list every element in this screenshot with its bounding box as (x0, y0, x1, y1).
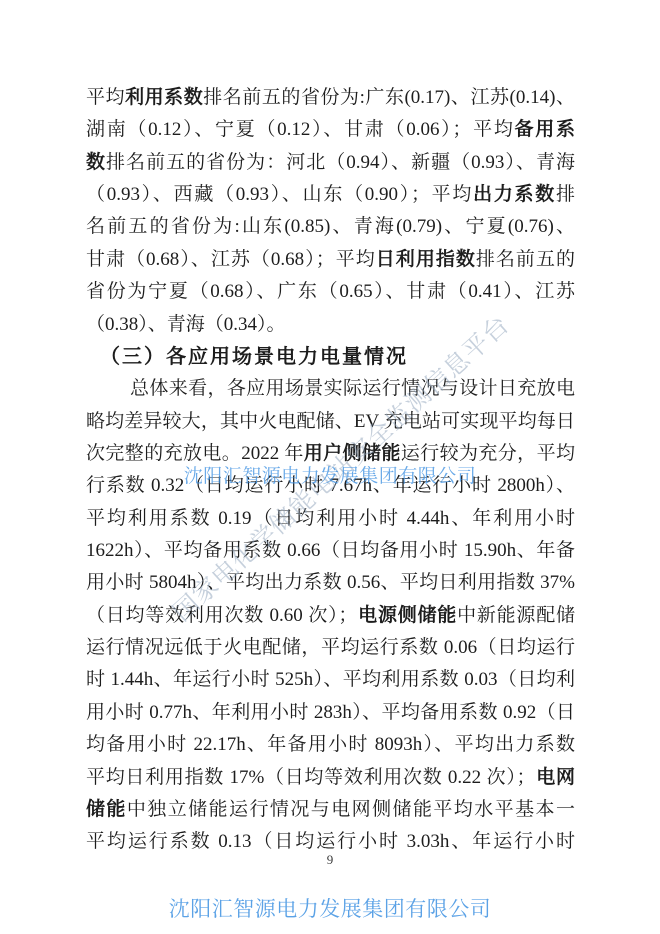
text-line: 均备用小时 22.17h、年备用小时 8093h）、平均出力系数 0.69、 (86, 729, 575, 761)
document-page: 平均利用系数排名前五的省份为:广东(0.17)、江苏(0.14)、湖南（0.12… (0, 0, 660, 934)
body-text: 平均利用系数排名前五的省份为:广东(0.17)、江苏(0.14)、湖南（0.12… (86, 82, 575, 859)
text-line: 平均利用系数排名前五的省份为:广东(0.17)、江苏(0.14)、 (86, 82, 575, 114)
text-line: 名前五的省份为:山东(0.85)、青海(0.79)、宁夏(0.76)、 (86, 211, 575, 243)
text-line: （0.38）、青海（0.34）。 (86, 309, 575, 341)
text-line: 数排名前五的省份为：河北（0.94）、新疆（0.93）、青海 (86, 147, 575, 179)
text-line: （0.93）、西藏（0.93）、山东（0.90）；平均出力系数排 (86, 179, 575, 211)
text-line: 次完整的充放电。2022 年用户侧储能运行较为充分，平均运 (86, 438, 575, 470)
text-line: 1622h）、平均备用系数 0.66（日均备用小时 15.90h、年备 (86, 535, 575, 567)
text-line: 行系数 0.32（日均运行小时 7.67h、年运行小时 2800h）、 (86, 470, 575, 502)
text-line: 甘肃（0.68）、江苏（0.68）；平均日利用指数排名前五的 (86, 244, 575, 276)
section-heading: （三）各应用场景电力电量情况 (86, 341, 575, 373)
text-line: 省份为宁夏（0.68）、广东（0.65）、甘肃（0.41）、江苏 (86, 276, 575, 308)
text-line: 平均利用系数 0.19（日均利用小时 4.44h、年利用小时 (86, 503, 575, 535)
text-line: 平均日利用指数 17%（日均等效利用次数 0.22 次）；电网侧 (86, 762, 575, 794)
text-line: 用小时 5804h）、平均出力系数 0.56、平均日利用指数 37% (86, 567, 575, 599)
text-line: 湖南（0.12）、宁夏（0.12）、甘肃（0.06）；平均备用系 (86, 114, 575, 146)
text-line: 总体来看，各应用场景实际运行情况与设计日充放电策 (86, 373, 575, 405)
text-line: 用小时 0.77h、年利用小时 283h）、平均备用系数 0.92（日 (86, 697, 575, 729)
text-line: 略均差异较大，其中火电配储、EV 充电站可实现平均每日一 (86, 406, 575, 438)
text-line: 时 1.44h、年运行小时 525h）、平均利用系数 0.03（日均利 (86, 664, 575, 696)
company-watermark-bottom: 沈阳汇智源电力发展集团有限公司 (169, 893, 492, 923)
text-line: 运行情况远低于火电配储，平均运行系数 0.06（日均运行小 (86, 632, 575, 664)
text-line: 储能中独立储能运行情况与电网侧储能平均水平基本一致， (86, 794, 575, 826)
page-number: 9 (0, 852, 660, 868)
text-line: （日均等效利用次数 0.60 次）；电源侧储能中新能源配储 (86, 600, 575, 632)
